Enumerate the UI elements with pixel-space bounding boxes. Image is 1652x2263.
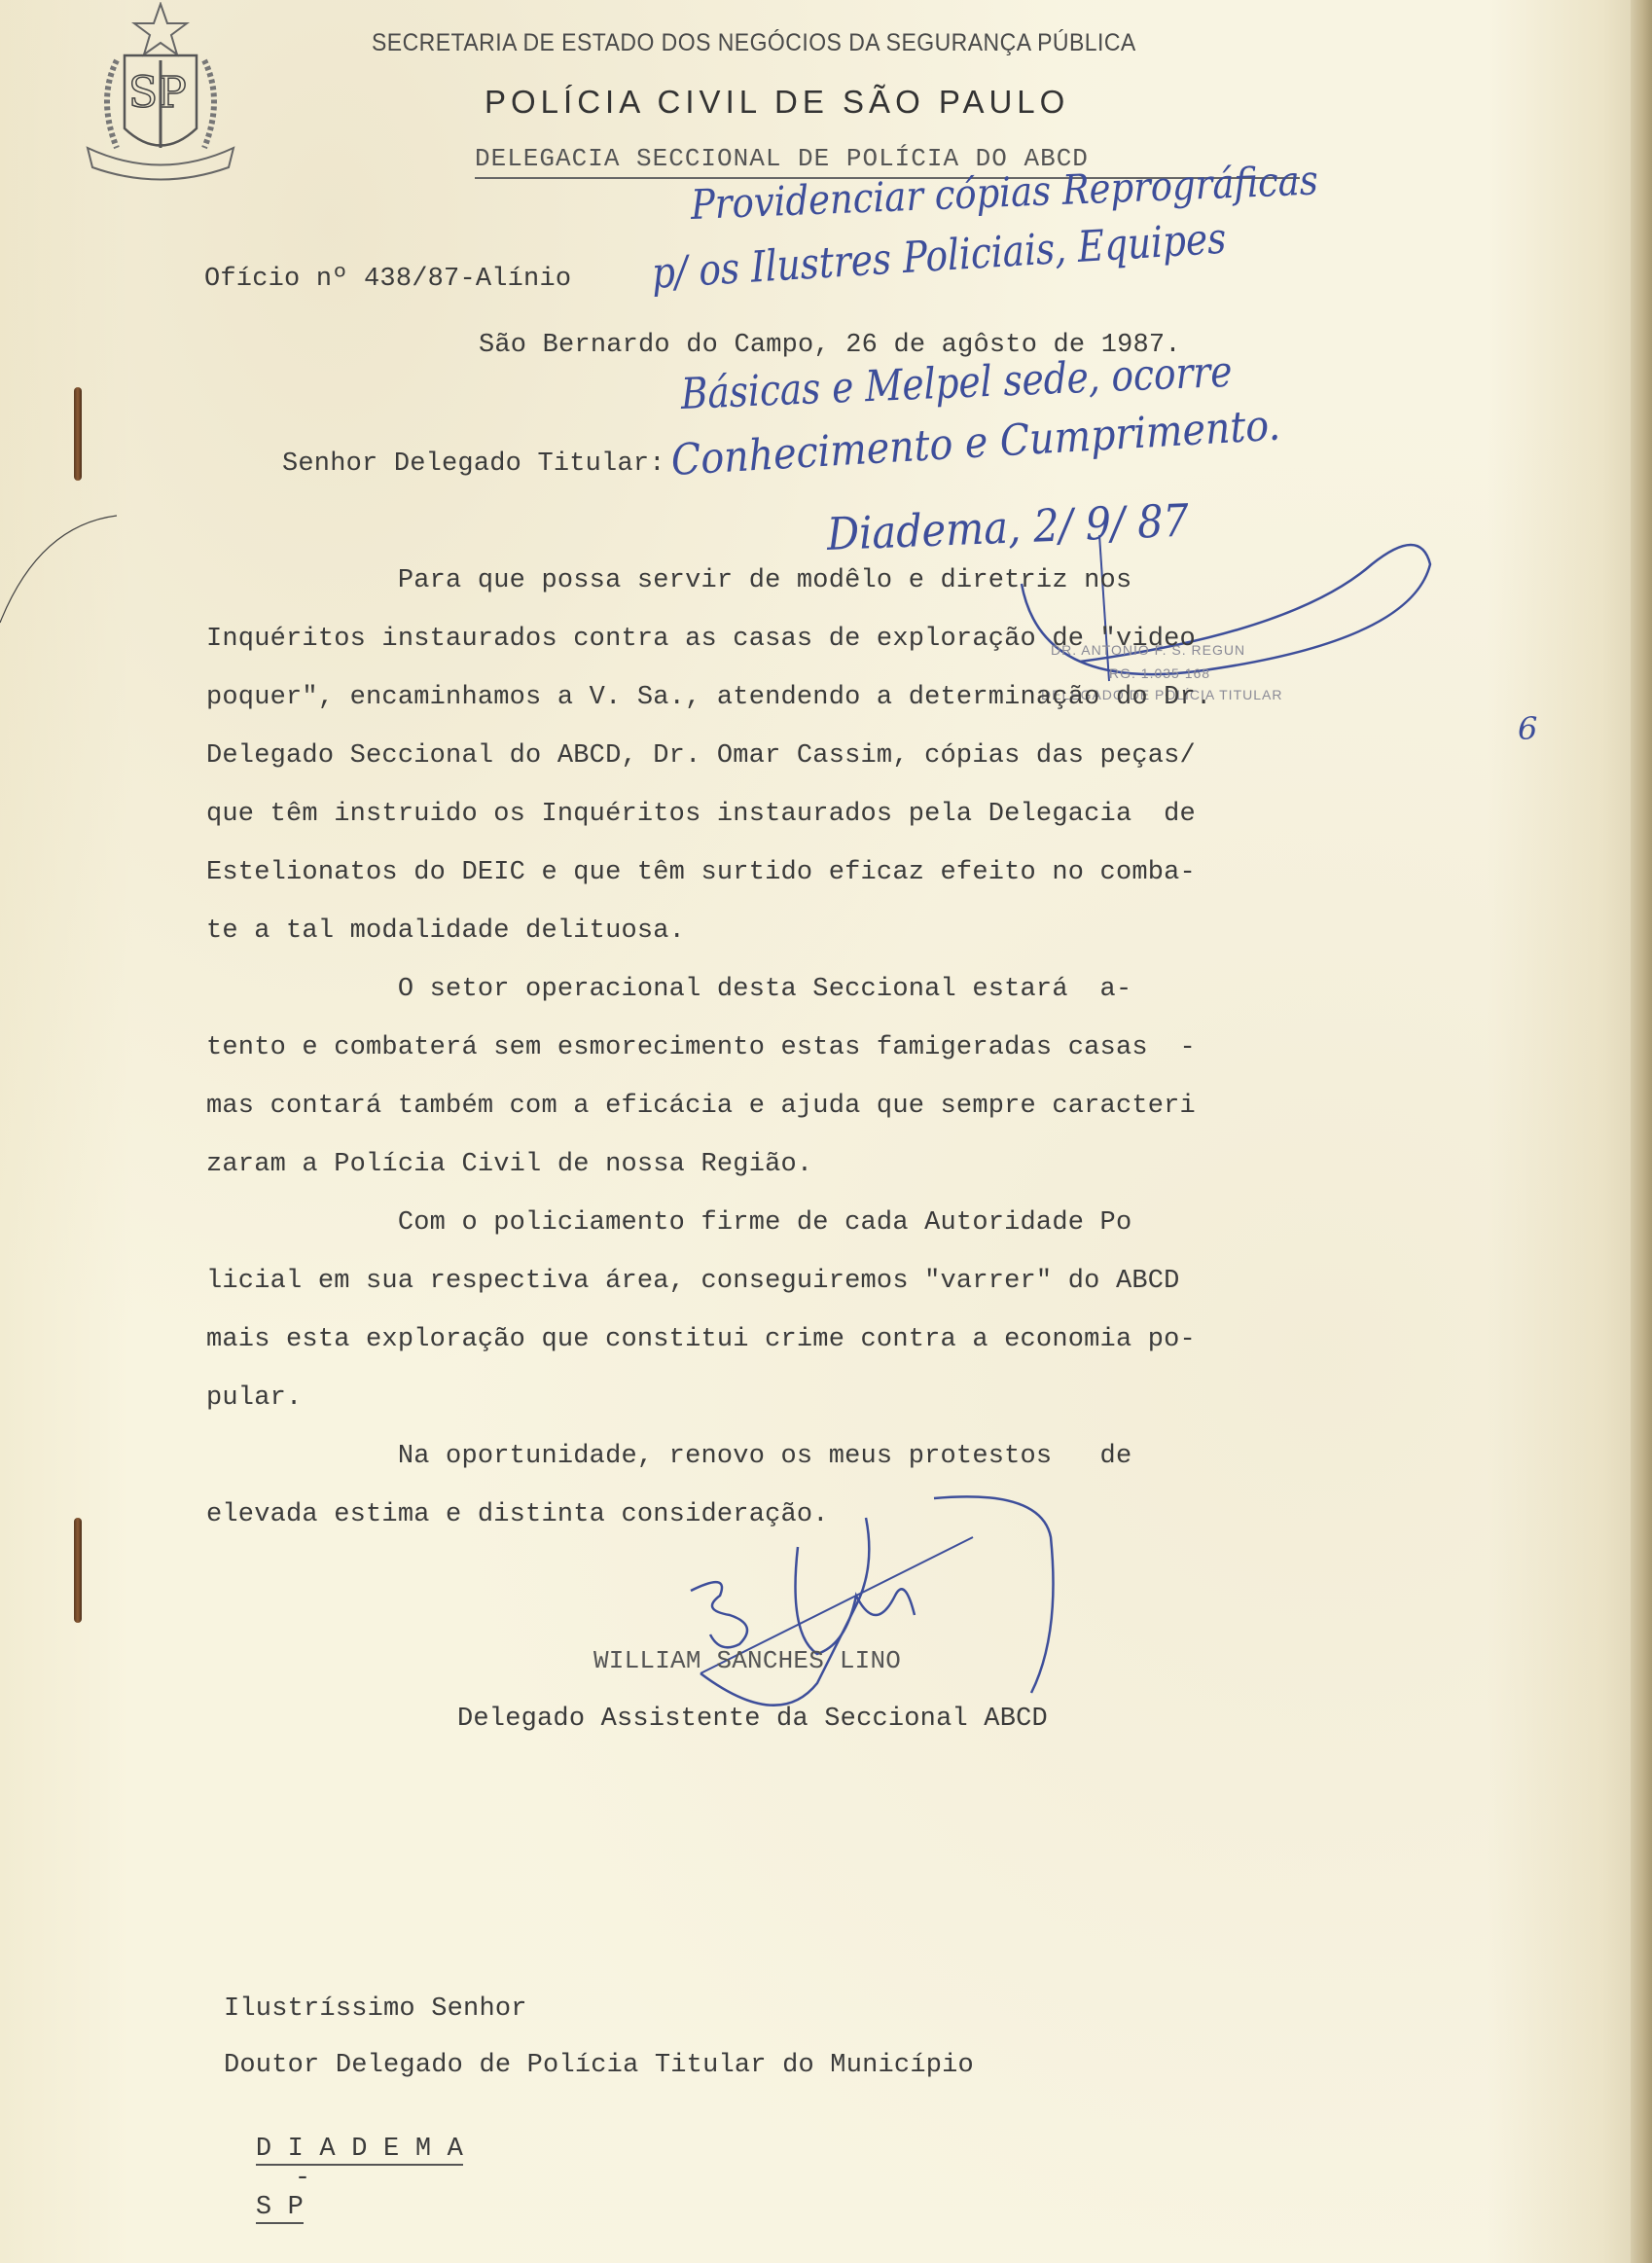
body-line: Estelionatos do DEIC e que têm surtido e… — [206, 858, 1196, 887]
svg-text:SP: SP — [128, 68, 187, 118]
addressee-title: Doutor Delegado de Polícia Titular do Mu… — [224, 2051, 974, 2080]
body-line: poquer", encaminhamos a V. Sa., atendend… — [206, 683, 1211, 712]
body-line: te a tal modalidade delituosa. — [206, 916, 685, 946]
body-line: mais esta exploração que constitui crime… — [206, 1325, 1196, 1354]
body-line: Delegado Seccional do ABCD, Dr. Omar Cas… — [206, 741, 1196, 771]
margin-mark: 6 — [1518, 710, 1537, 747]
salutation: Senhor Delegado Titular: — [282, 449, 665, 479]
body-line: Com o policiamento firme de cada Autorid… — [206, 1208, 1131, 1238]
body-line: mas contará também com a eficácia e ajud… — [206, 1092, 1196, 1121]
body-line: Na oportunidade, renovo os meus protesto… — [206, 1442, 1131, 1471]
body-line: pular. — [206, 1383, 302, 1413]
paper-edge — [1631, 0, 1652, 2263]
addressee-state: S P — [256, 2193, 304, 2224]
addressee-salutation: Ilustríssimo Senhor — [224, 1994, 527, 2024]
body-line: tento e combaterá sem esmorecimento esta… — [206, 1033, 1196, 1062]
margin-curve — [0, 506, 136, 623]
body-line: zaram a Polícia Civil de nossa Região. — [206, 1150, 812, 1179]
addressee-location: D I A D E M A - S P — [224, 2105, 463, 2222]
binding-staple-bottom — [74, 1518, 82, 1623]
body-line: O setor operacional desta Seccional esta… — [206, 975, 1131, 1004]
signatory-name: WILLIAM SANCHES LINO — [593, 1646, 901, 1675]
body-line: licial em sua respectiva área, conseguir… — [206, 1267, 1180, 1296]
signatory-title: Delegado Assistente da Seccional ABCD — [457, 1705, 1048, 1734]
body-line: que têm instruido os Inquéritos instaura… — [206, 800, 1196, 829]
initials-flourish-icon — [1002, 525, 1450, 691]
oficio-reference: Ofício nº 438/87-Alínio — [204, 265, 571, 294]
body-line: Para que possa servir de modêlo e diretr… — [206, 566, 1131, 595]
addressee-separator: - — [295, 2164, 310, 2193]
binding-staple-top — [74, 387, 82, 481]
policia-civil-header: POLÍCIA CIVIL DE SÃO PAULO — [485, 84, 1069, 121]
stamp-rg: RG. 1.035 168 — [1109, 665, 1210, 681]
addressee-city: D I A D E M A — [256, 2135, 463, 2166]
body-line: Inquéritos instaurados contra as casas d… — [206, 625, 1196, 654]
signature-icon — [623, 1479, 1129, 1712]
secretaria-header: SECRETARIA DE ESTADO DOS NEGÓCIOS DA SEG… — [372, 29, 1136, 57]
sao-paulo-crest-icon: SP — [78, 2, 243, 187]
